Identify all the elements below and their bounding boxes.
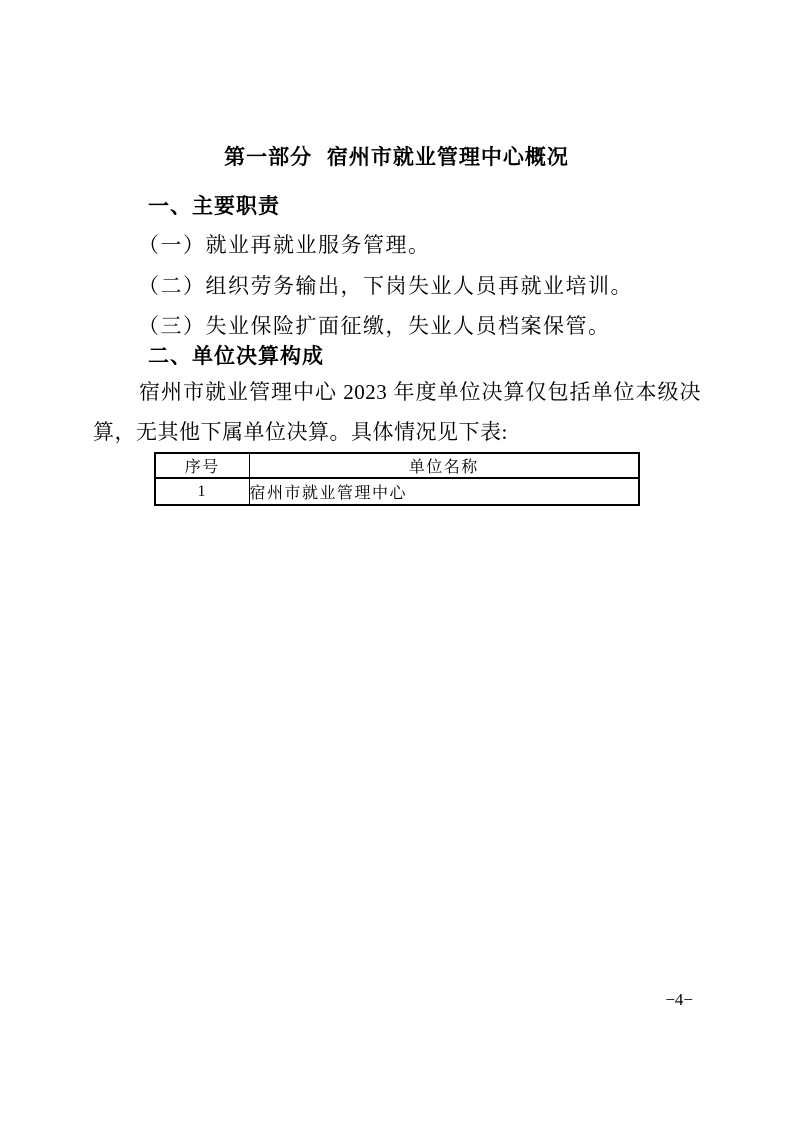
- unit-list-table: 序号 单位名称 1 宿州市就业管理中心: [154, 452, 640, 506]
- page-number: −4−: [665, 991, 693, 1010]
- table-header-unit-name: 单位名称: [249, 453, 639, 478]
- document-page: 第一部分 宿州市就业管理中心概况 一、主要职责 （一）就业再就业服务管理。 （二…: [0, 0, 793, 1122]
- document-title: 第一部分 宿州市就业管理中心概况: [0, 146, 793, 169]
- table-cell-index: 1: [155, 478, 249, 505]
- table-header-index: 序号: [155, 453, 249, 478]
- table-cell-unit-name: 宿州市就业管理中心: [249, 478, 639, 505]
- duty-item-2: （二）组织劳务输出，下岗失业人员再就业培训。: [138, 275, 633, 298]
- section-heading-main-duties: 一、主要职责: [148, 195, 280, 218]
- duty-item-3: （三）失业保险扩面征缴，失业人员档案保管。: [138, 315, 611, 338]
- unit-composition-paragraph: 宿州市就业管理中心 2023 年度单位决算仅包括单位本级决算，无其他下属单位决算…: [93, 372, 701, 452]
- table-header-row: 序号 单位名称: [155, 453, 639, 478]
- duty-item-1: （一）就业再就业服务管理。: [138, 234, 431, 257]
- section-heading-unit-composition: 二、单位决算构成: [148, 345, 324, 368]
- table-row: 1 宿州市就业管理中心: [155, 478, 639, 505]
